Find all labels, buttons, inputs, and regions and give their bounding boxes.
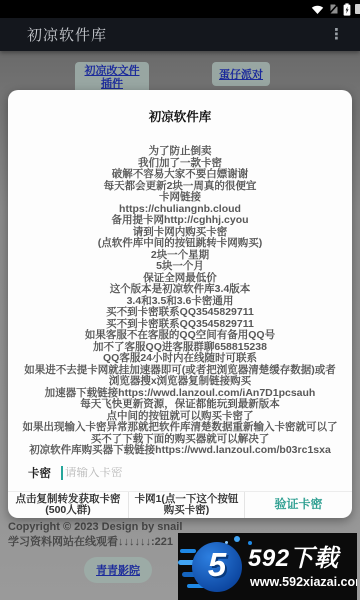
watermark-title: 592下载 — [248, 538, 356, 573]
body-line-link: 备用提卡网http://cghhj.cyou — [8, 215, 352, 227]
app-bar: 初凉软件库 ⋮ — [0, 18, 360, 51]
card-key-label: 卡密 — [28, 465, 51, 481]
body-line: QQ客服24小时内在线随时可联系 — [8, 353, 352, 365]
body-line: 如果出现输入卡密异常那就把软件库清楚数据重新输入卡密就可以了 — [8, 422, 352, 434]
body-line: 5块一个月 — [8, 261, 352, 273]
body-line: 如果客服不在客服的QQ空间有备用QQ号 — [8, 330, 352, 342]
dialog-title: 初凉软件库 — [8, 107, 352, 125]
dot-decoration — [234, 536, 240, 542]
watermark-url: www.592xiazai.com — [250, 575, 357, 589]
cinema-link-label: 青青影院 — [96, 565, 140, 577]
card-key-dialog: 初凉软件库 为了防止倒卖 我们加了一款卡密 破解不容易大家不要白嫖谢谢 每天都会… — [8, 90, 352, 518]
dialog-body: 为了防止倒卖 我们加了一款卡密 破解不容易大家不要白嫖谢谢 每天都会更新2块一周… — [8, 146, 352, 457]
body-line: 买不到卡密联系QQ3545829711 — [8, 307, 352, 319]
overflow-menu-icon[interactable]: ⋮ — [327, 23, 346, 46]
body-line: (点软件库中间的按钮跳转卡网购买) — [8, 238, 352, 250]
body-line: 为了防止倒卖 — [8, 146, 352, 158]
wifi-icon — [311, 4, 324, 15]
link-label: 蛋仔派对 — [219, 69, 263, 82]
app-screen: 初凉软件库 ⋮ 初凉改文件插件 蛋仔派对 初凉软件库 为了防止倒卖 我们加了一款… — [0, 0, 360, 600]
kawang-buy-button[interactable]: 卡网1(点一下这个按钮购买卡密) — [128, 492, 245, 518]
body-line: 这个版本是初凉软件库3.4版本 — [8, 284, 352, 296]
link-label: 初凉改文件插件 — [82, 65, 142, 91]
body-line: 破解不容易大家不要白嫖谢谢 — [8, 169, 352, 181]
body-line: 浏览器搜x浏览器复制链接购买 — [8, 376, 352, 388]
status-bar — [0, 0, 360, 18]
no-sim-icon — [328, 3, 339, 15]
watermark-banner: 5 592下载 www.592xiazai.com — [178, 533, 357, 600]
app-title: 初凉软件库 — [27, 24, 107, 45]
cinema-link-button[interactable]: 青青影院 — [84, 557, 152, 583]
verify-key-button[interactable]: 验证卡密 — [245, 492, 352, 518]
dialog-action-row: 点击复制转发获取卡密(500人群) 卡网1(点一下这个按钮购买卡密) 验证卡密 — [8, 491, 352, 518]
592-logo-number: 5 — [192, 546, 242, 584]
card-key-input[interactable] — [65, 467, 265, 479]
card-key-input-row: 卡密 — [8, 459, 352, 487]
text-cursor — [61, 466, 63, 480]
copy-get-key-button[interactable]: 点击复制转发获取卡密(500人群) — [8, 492, 128, 518]
battery-charging-icon — [343, 3, 351, 16]
body-line: 每天飞快更新资源，保证都能玩到最新版本 — [8, 399, 352, 411]
clipped-icon — [355, 4, 360, 14]
body-line-link: 初凉软件库购买器下载链接https://wwd.lanzoul.com/b03r… — [8, 445, 352, 457]
link-danzai-party[interactable]: 蛋仔派对 — [212, 62, 270, 86]
body-line: 卡网链接 — [8, 192, 352, 204]
